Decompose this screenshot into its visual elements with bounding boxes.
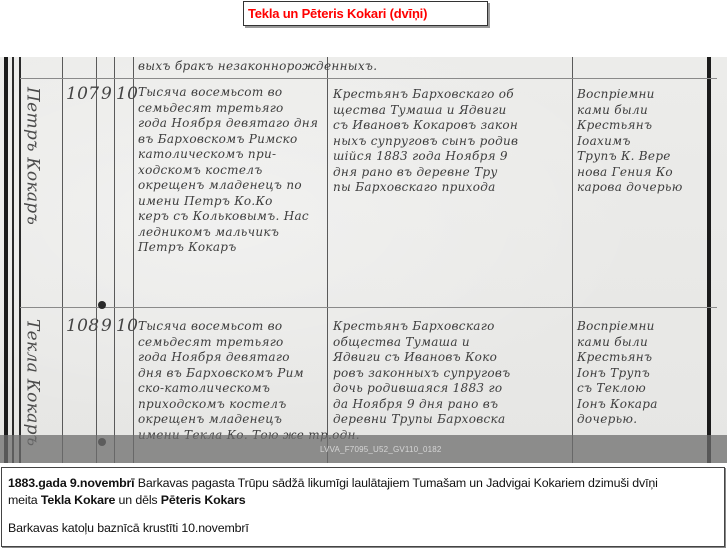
border-line <box>12 57 14 463</box>
border-line <box>19 57 21 463</box>
record-place-text: Тысяча восемьсот во семьдесят третьяго г… <box>138 85 318 256</box>
column-divider <box>96 57 97 463</box>
record-description: Barkavas pagasta Trūpu sādžā likumīgi la… <box>134 476 657 490</box>
border-line <box>4 57 8 463</box>
column-divider <box>133 57 134 463</box>
header-fragment: выхъ бракъ незаконнорожденныхъ. <box>138 59 377 75</box>
record-parents-text: Крестьянъ Барховскаго об щества Тумаша и… <box>333 87 518 196</box>
record-name-vertical: Текла Кокаръ <box>24 319 40 446</box>
caption-line-1: 1883.gada 9.novembrī Barkavas pagasta Tr… <box>8 475 718 492</box>
title-box: Tekla un Pēteris Kokari (dvīņi) <box>243 1 488 26</box>
birth-day: 9 <box>101 319 112 335</box>
archive-watermark: LVVA_F7095_U52_GV110_0182 <box>320 445 442 454</box>
daughter-name: Tekla Kokare <box>41 493 115 507</box>
record-godparents-text: Воспріемни ками были Крестьянъ Іонъ Труп… <box>577 319 658 428</box>
baptism-day: 10 <box>116 319 138 335</box>
record-date: 1883.gada 9.novembrī <box>8 476 134 490</box>
record-number: 107 <box>66 87 99 103</box>
scanned-record-image: выхъ бракъ незаконнорожденныхъ. Петръ Ко… <box>0 57 727 463</box>
caption-text: un dēls <box>115 493 161 507</box>
baptism-day: 10 <box>116 87 138 103</box>
record-place-text: Тысяча восемьсот во семьдесят третьяго г… <box>138 319 360 443</box>
page: Tekla un Pēteris Kokari (dvīņi) выхъ бра… <box>0 0 727 549</box>
row-divider <box>20 78 717 79</box>
page-title: Tekla un Pēteris Kokari (dvīņi) <box>248 6 427 21</box>
record-name-vertical: Петръ Кокаръ <box>24 87 40 225</box>
record-parents-text: Крестьянъ Барховскаго общества Тумаша и … <box>333 319 510 428</box>
baptism-info: Barkavas katoļu baznīcā krustīti 10.nove… <box>8 521 249 535</box>
border-line <box>707 57 711 463</box>
binding-hole <box>98 301 106 309</box>
caption-line-2: meita Tekla Kokare un dēls Pēteris Kokar… <box>8 492 718 509</box>
caption-line-3: Barkavas katoļu baznīcā krustīti 10.nove… <box>8 520 718 537</box>
caption-text: meita <box>8 493 41 507</box>
column-divider <box>114 57 115 463</box>
transcription-box: 1883.gada 9.novembrī Barkavas pagasta Tr… <box>1 467 725 547</box>
record-number: 108 <box>66 319 99 335</box>
birth-day: 9 <box>101 87 112 103</box>
column-divider <box>62 57 63 463</box>
son-name: Pēteris Kokars <box>161 493 246 507</box>
column-divider <box>572 57 573 463</box>
record-godparents-text: Воспріемни ками были Крестьянъ Іоахимъ Т… <box>577 87 683 196</box>
row-divider <box>20 307 717 308</box>
